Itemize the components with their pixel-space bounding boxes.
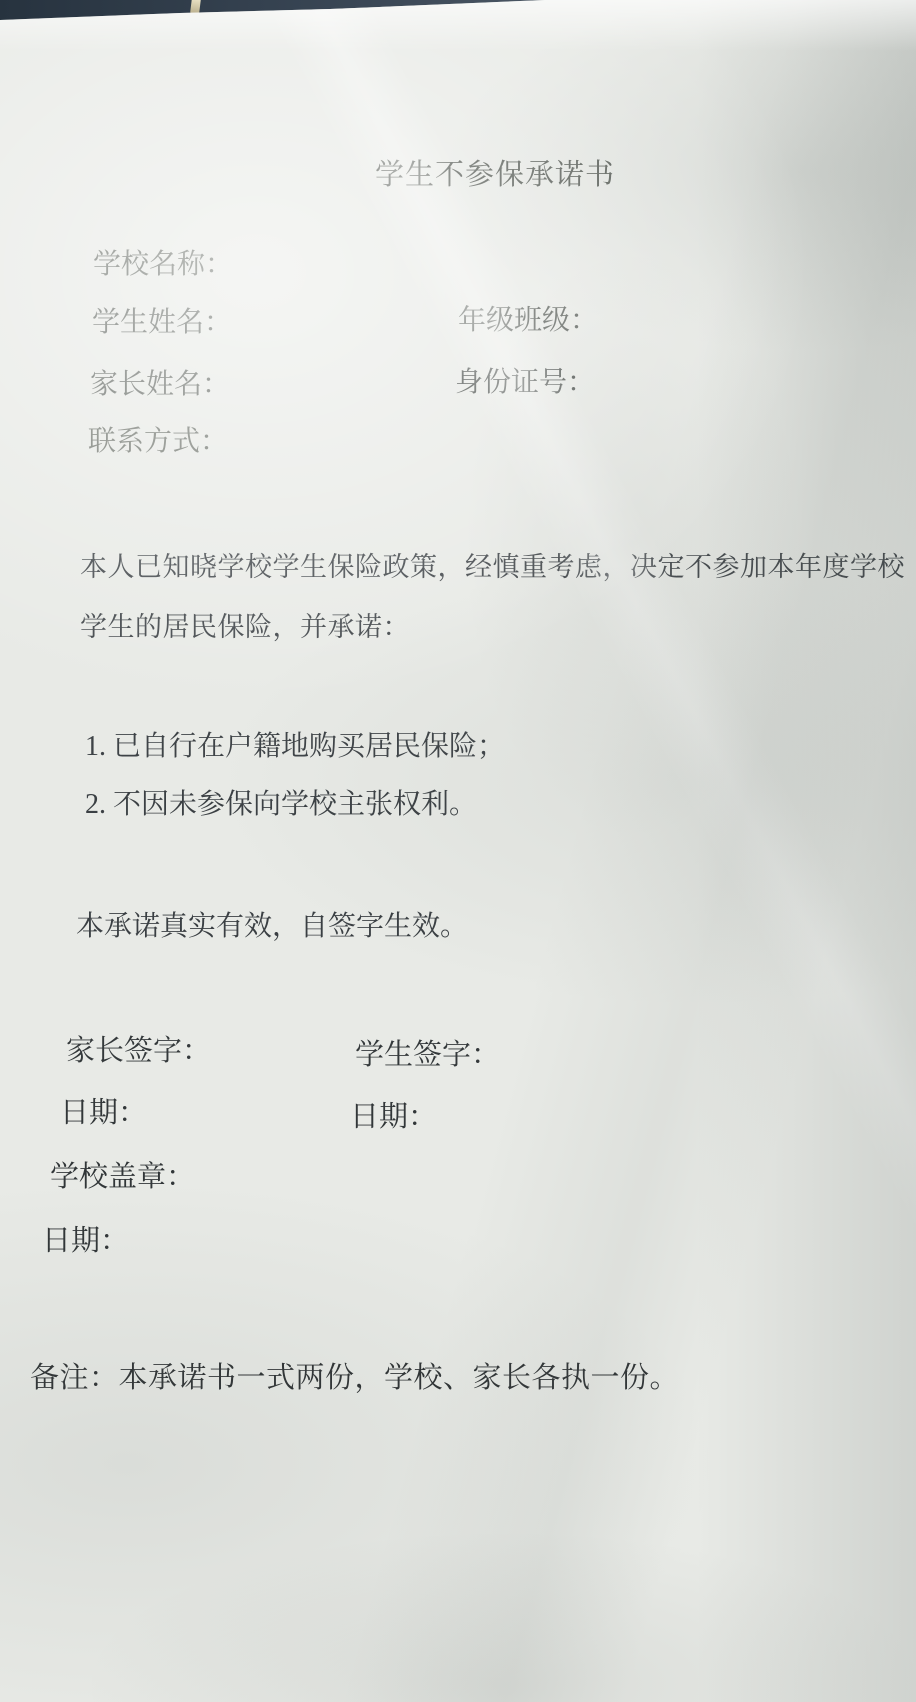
school-seal-label: 学校盖章： <box>50 1163 195 1192</box>
validity-line: 本承诺真实有效，自签字生效。 <box>76 913 468 941</box>
paper-sheet: 学生不参保承诺书 学校名称： 学生姓名： 年级班级： 家长姓名： 身份证号： 联… <box>0 0 916 1702</box>
parent-signature-label: 家长签字： <box>66 1037 211 1066</box>
school-name-label: 学校名称： <box>93 251 233 279</box>
note-line: 备注：本承诺书一式两份，学校、家长各执一份。 <box>30 1364 679 1393</box>
student-date-label: 日期： <box>350 1103 437 1132</box>
id-number-label: 身份证号： <box>455 369 595 397</box>
parent-name-label: 家长姓名： <box>90 371 230 399</box>
student-name-label: 学生姓名： <box>92 309 232 337</box>
promise-item-2: 2. 不因未参保向学校主张权利。 <box>85 791 477 819</box>
pen-tip-object <box>190 0 201 14</box>
contact-label: 联系方式： <box>88 428 228 456</box>
body-paragraph: 本人已知晓学校学生保险政策，经慎重考虑，决定不参加本年度学校学生的居民保险，并承… <box>80 537 914 657</box>
document-title: 学生不参保承诺书 <box>375 161 615 190</box>
parent-date-label: 日期： <box>60 1099 147 1128</box>
student-signature-label: 学生签字： <box>355 1041 500 1070</box>
photo-of-document: { "photo": { "desk_color": "#3a4756", "p… <box>0 0 916 1702</box>
school-date-label: 日期： <box>42 1227 129 1256</box>
promise-item-1: 1. 已自行在户籍地购买居民保险； <box>85 733 505 761</box>
grade-class-label: 年级班级： <box>458 307 598 335</box>
